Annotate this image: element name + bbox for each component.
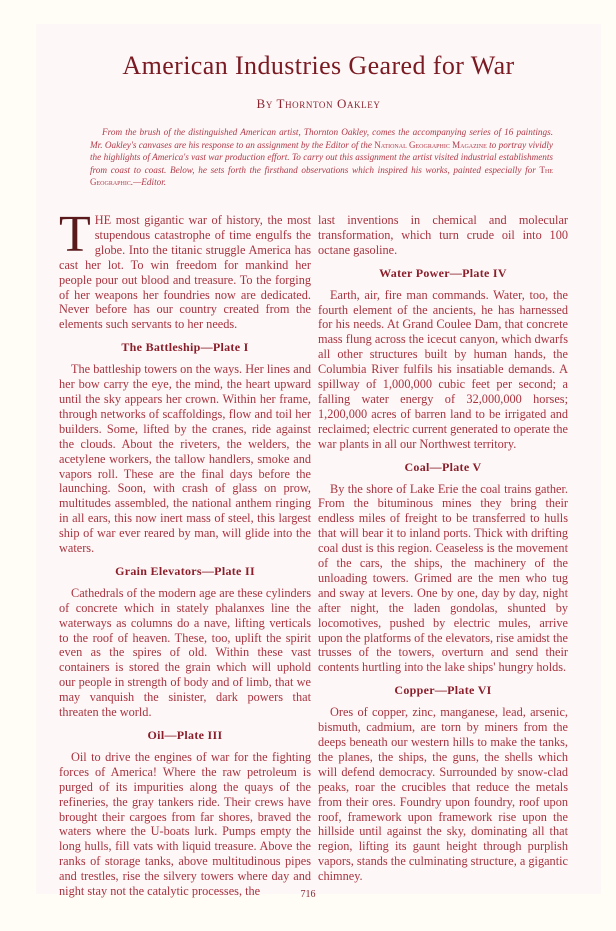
- section-text-copper: Ores of copper, zinc, manganese, lead, a…: [318, 705, 568, 884]
- section-heading-coal: Coal—Plate V: [318, 460, 568, 475]
- section-heading-oil: Oil—Plate III: [59, 728, 311, 743]
- section-heading-grain-elevators: Grain Elevators—Plate II: [59, 564, 311, 579]
- section-text-oil-continued: last inventions in chemical and molecula…: [318, 213, 568, 258]
- article-title: American Industries Geared for War: [36, 51, 601, 81]
- section-heading-water-power: Water Power—Plate IV: [318, 266, 568, 281]
- intro-magazine-name: National Geographic Magazine: [374, 140, 487, 150]
- intro-text-3: .—Editor.: [131, 177, 166, 187]
- section-heading-battleship: The Battleship—Plate I: [59, 340, 311, 355]
- opening-paragraph: THE most gigantic war of history, the mo…: [59, 213, 311, 332]
- magazine-page: American Industries Geared for War By Th…: [36, 24, 601, 894]
- section-text-coal: By the shore of Lake Erie the coal train…: [318, 482, 568, 676]
- section-text-oil: Oil to drive the engines of war for the …: [59, 750, 311, 899]
- section-heading-copper: Copper—Plate VI: [318, 683, 568, 698]
- section-text-battleship: The battleship towers on the ways. Her l…: [59, 362, 311, 556]
- section-text-grain-elevators: Cathedrals of the modern age are these c…: [59, 586, 311, 720]
- article-byline: By Thornton Oakley: [36, 96, 601, 112]
- editor-intro: From the brush of the distinguished Amer…: [90, 126, 553, 189]
- page-number: 716: [0, 889, 616, 900]
- section-text-water-power: Earth, air, fire man commands. Water, to…: [318, 288, 568, 452]
- drop-cap: T: [59, 215, 91, 257]
- left-column: THE most gigantic war of history, the mo…: [59, 213, 311, 899]
- opening-text: HE most gigantic war of history, the mos…: [59, 213, 311, 331]
- right-column: last inventions in chemical and molecula…: [318, 213, 568, 884]
